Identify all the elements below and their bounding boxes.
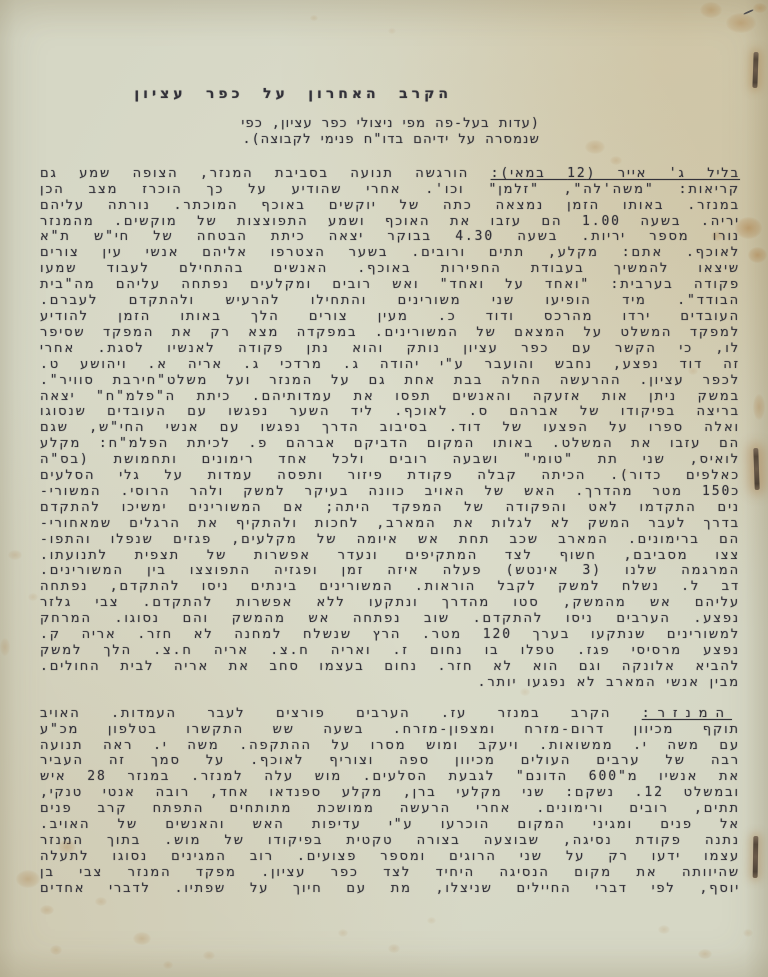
- page-title: הקרב האחרון על כפר עציון: [40, 0, 740, 102]
- text-line: במנזר. באותו הזמן נמצאה כתה של יוקשים בא…: [40, 198, 740, 214]
- text-line: לו, כי הקשר עם כפר עציון נותק והוא נתן פ…: [40, 341, 740, 357]
- stain: [743, 929, 753, 937]
- text-line: למפקד המשלט על המצאם של המשורינים. במפקד…: [40, 325, 740, 341]
- staple-icon: [753, 836, 759, 878]
- document-content: הקרב האחרון על כפר עציון (עדות בעל-פה מפ…: [40, 0, 740, 897]
- text-line: העובדים ירדו מהרכס ודוד כ. מעין צורים הל…: [40, 309, 740, 325]
- stain: [658, 925, 670, 934]
- text-line: קריאות: "משה'לה", "זלמן" וכו'. אחרי שהוד…: [40, 182, 740, 198]
- stain: [50, 945, 62, 955]
- text-line: המנזר: הקרב במנזר עז. הערבים פורצים לעבר…: [40, 706, 740, 722]
- text-line: כ150 מטר מהדרך. האש של האויב כוונה בעיקר…: [40, 484, 740, 500]
- stain: [95, 897, 107, 906]
- subtitle-line: (עדות בעל-פה מפי ניצולי כפר עציון, כפי: [40, 116, 540, 132]
- stain: [40, 905, 54, 915]
- stain: [698, 949, 712, 959]
- stain: [338, 929, 348, 937]
- text-line: יוסף, לפי דברי החיילים שניצלו, מת עם חיו…: [40, 881, 740, 897]
- text-line: שיצאו להמשיך בעבודת החפירות באוכף. האנשי…: [40, 261, 740, 277]
- text-line: נים התקדמו לאט והפקודה של המפקד היתה; אם…: [40, 500, 740, 516]
- text-line: רבה של ערבים העולים מכיוון ספה וצוריף לא…: [40, 753, 740, 769]
- staple-icon: [753, 448, 759, 490]
- text-line: הם עזבו את המשלט. באותו המקום הדביקם אבר…: [40, 436, 740, 452]
- text-line: הם ברימונים. המארב שכב תחת אש איומה של מ…: [40, 532, 740, 548]
- text-line: צצו מסביבם, חשוף לצד המתקיפים ונעדר אפשר…: [40, 548, 740, 564]
- pen-mark: [743, 9, 754, 15]
- text-line: עליהם אש מהמשק, סטו מהדרך ונתקעו ללא אפש…: [40, 595, 740, 611]
- text-line: שהיוותה את מקום הנסיגה היחיד לצד כפר עצי…: [40, 865, 740, 881]
- stain: [753, 3, 767, 13]
- stain: [753, 394, 765, 420]
- text-line: כאלפים כדור). הכיתה קבלה פקודת פיזור ותפ…: [40, 468, 740, 484]
- text-line: פקודה בערבית: "ואחד על ואחד" ואש רובים ו…: [40, 277, 740, 293]
- text-line: נורו מספר יריות. בשעה 4.30 בבוקר יצאה כי…: [40, 229, 740, 245]
- stain: [427, 917, 436, 924]
- text-line: נפצע. הערבים ניסו להתקדם. שוב נפתחה אש מ…: [40, 611, 740, 627]
- stain: [133, 932, 151, 945]
- paragraph-lead: המנזר:: [642, 706, 732, 721]
- text-line: אל פנים ומגיני המקום הוכרעו ע"י עדיפות ה…: [40, 817, 740, 833]
- text-line: נפצע מרסיסי פגז. טפלו בו נחום ז. ואריה ח…: [40, 643, 740, 659]
- stain: [28, 593, 38, 601]
- text-line: את אנשיו מ"600 הדונם" לגבעת הסלעים. מוש …: [40, 769, 740, 785]
- text-line: תתים, רובים ורימונים. אחרי הרעשה ממושכת …: [40, 801, 740, 817]
- paragraph-lead: בליל ג' אייר (12 במאי):: [491, 166, 740, 181]
- stain: [8, 550, 22, 560]
- body-text: בליל ג' אייר (12 במאי): הורגשה תנועה בסב…: [40, 166, 740, 897]
- text-line: להביא אלונקה וגם הוא לא חזר. נחום בעצמו …: [40, 659, 740, 675]
- subtitle: (עדות בעל-פה מפי ניצולי כפר עציון, כפי ש…: [40, 116, 740, 148]
- text-line: במשק ניתן אות אזעקה והאנשים תפסו את עמדו…: [40, 389, 740, 405]
- text-line: נתנה פקודת נסיגה, שבוצעה בצורה טקטית בפי…: [40, 833, 740, 849]
- text-line: עצמו ידעו רק על שני הרוגים ומספר פצועים.…: [40, 849, 740, 865]
- stain: [0, 638, 10, 656]
- text-line: תוקף מכיוון דרום-מזרח ומצפון-מזרח. בשעה …: [40, 722, 740, 738]
- stain: [163, 961, 173, 969]
- text-line: למשורינים שנתקעו בערך 120 מטר. הרץ שנשלח…: [40, 627, 740, 643]
- subtitle-line: שנמסרה על ידיהם בדו"ח פנימי לקבוצה).: [40, 132, 540, 148]
- text-line: הבודד". מיד הופיעו שני משורינים והתחילו …: [40, 293, 740, 309]
- text-line: מבין אנשי המארב לא נפגעו יותר.: [40, 675, 740, 691]
- text-line: בדרך לעבר המשק לא לגלות את המארב, לחכות …: [40, 516, 740, 532]
- text-line: דב ל. נשלח למשק לקבל הוראות. המשורינים ב…: [40, 579, 740, 595]
- stain: [388, 944, 400, 953]
- text-line: ואלה ספרו על הפצעו של דוד. בסיבוב הדרך נ…: [40, 420, 740, 436]
- text-line: לכפר עציון. ההרעשה החלה בבת אחת גם על המ…: [40, 373, 740, 389]
- body-paragraph-monastery: המנזר: הקרב במנזר עז. הערבים פורצים לעבר…: [40, 706, 740, 897]
- text-line: המרגמה שלנו (3 אינטש) פעלה איזה זמן ופגז…: [40, 563, 740, 579]
- text-line: ובמשלט 12. נשקם: שני מקלעי ברן, מקלע ספנ…: [40, 785, 740, 801]
- text-line: לאוכף. אתם: מקלע, תתים ורובים. בשער הצטר…: [40, 245, 740, 261]
- text-line: לואיס, שני תת "טומי" ושבעה רובים ולכל אח…: [40, 452, 740, 468]
- stain: [748, 247, 767, 263]
- document-page: הקרב האחרון על כפר עציון (עדות בעל-פה מפ…: [0, 0, 768, 977]
- stain: [203, 951, 215, 960]
- staple-icon: [752, 52, 758, 88]
- text-line: עם משה י. ממשואות. ויעקב ומוש מסרו על הה…: [40, 738, 740, 754]
- text-line: בריצה בפיקודו של אברהם ס. לאוכף. ליד השע…: [40, 404, 740, 420]
- body-paragraph-battle-night: בליל ג' אייר (12 במאי): הורגשה תנועה בסב…: [40, 166, 740, 691]
- text-line: בליל ג' אייר (12 במאי): הורגשה תנועה בסב…: [40, 166, 740, 182]
- stain: [16, 870, 40, 888]
- text-line: זה דוד נפצע, נחבש והועבר ע"י יהודה ג. מר…: [40, 357, 740, 373]
- text-line: יריה. בשעה 1.00 הם עזבו את האוכף ושמע הת…: [40, 214, 740, 230]
